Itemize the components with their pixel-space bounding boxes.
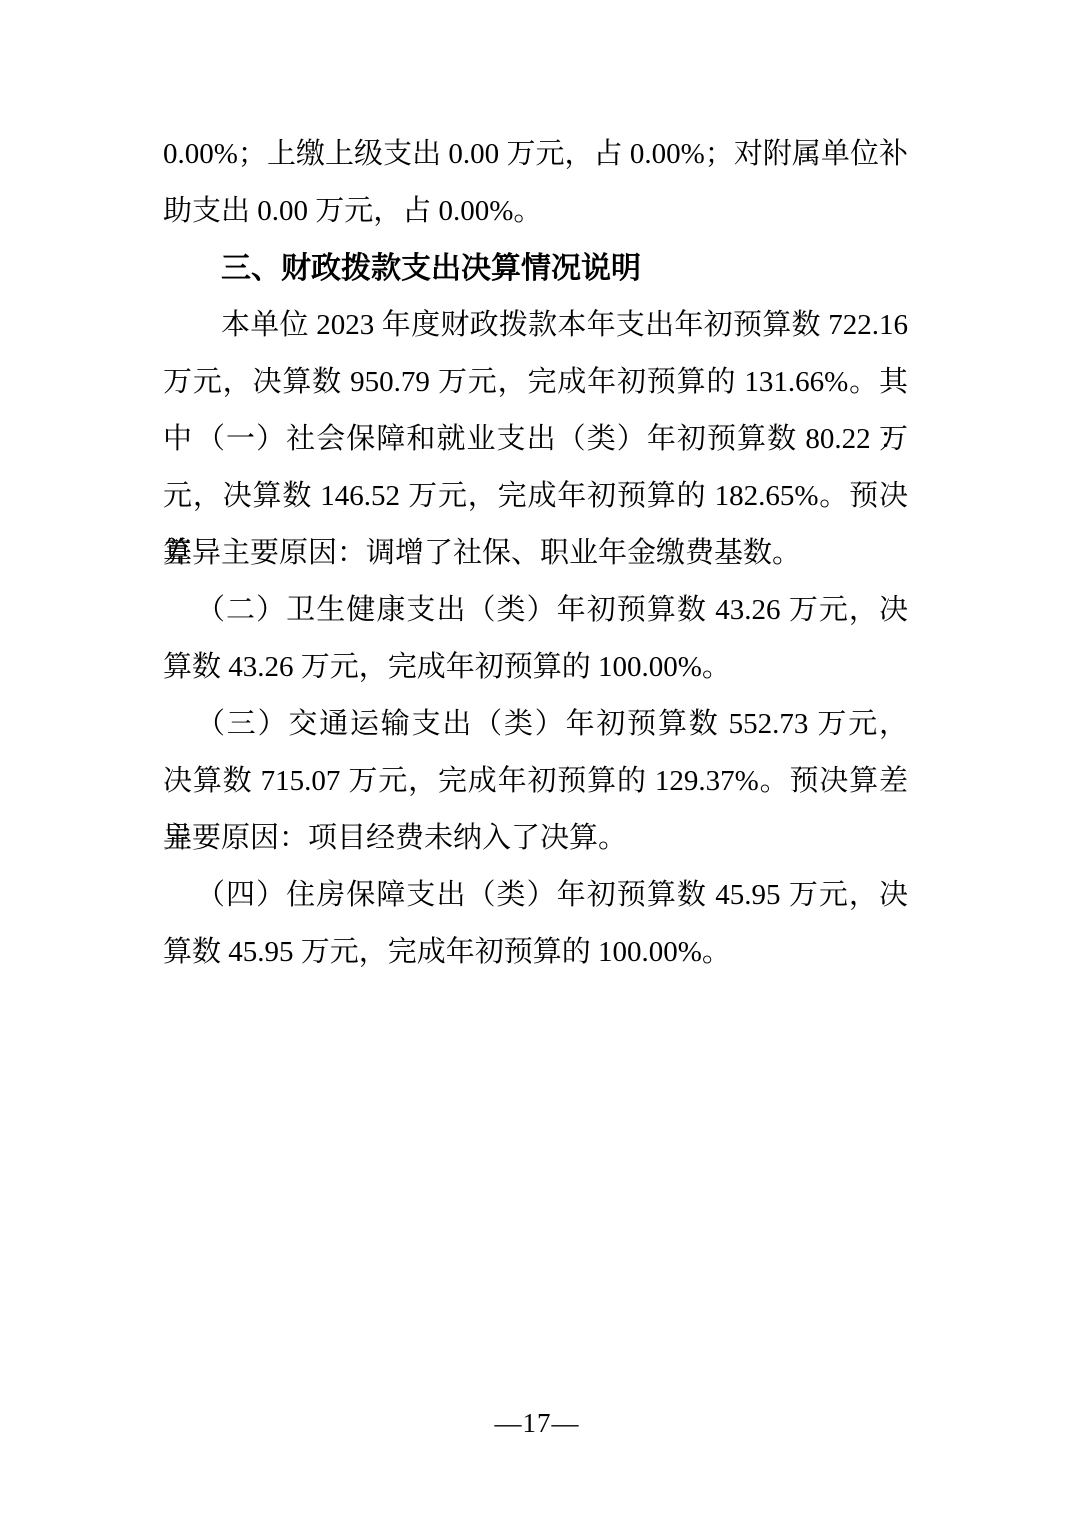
page-footer: —17— — [0, 1403, 1074, 1443]
body-line: 助支出 0.00 万元，占 0.00%。 — [163, 183, 908, 240]
body-line: 算数 43.26 万元，完成年初预算的 100.00%。 — [163, 639, 908, 696]
section-heading: 三、财政拨款支出决算情况说明 — [163, 240, 908, 297]
body-line: 算数 45.95 万元，完成年初预算的 100.00%。 — [163, 924, 908, 981]
body-line: （二）卫生健康支出（类）年初预算数 43.26 万元，决 — [163, 582, 908, 639]
body-line: 主要原因：项目经费未纳入了决算。 — [163, 810, 908, 867]
document-page: 0.00%；上缴上级支出 0.00 万元，占 0.00%；对附属单位补 助支出 … — [0, 0, 1074, 1520]
body-line: 元，决算数 146.52 万元，完成年初预算的 182.65%。预决算 — [163, 468, 908, 525]
page-number: —17— — [495, 1408, 580, 1438]
body-line: 差异主要原因：调增了社保、职业年金缴费基数。 — [163, 525, 908, 582]
body-line: （一）社会保障和就业支出（类）年初预算数 80.22 万 — [163, 411, 908, 468]
body-line: （四）住房保障支出（类）年初预算数 45.95 万元，决 — [163, 867, 908, 924]
body-line: 0.00%；上缴上级支出 0.00 万元，占 0.00%；对附属单位补 — [163, 126, 908, 183]
body-line: 本单位 2023 年度财政拨款本年支出年初预算数 722.16 — [163, 297, 908, 354]
page-body-text: 0.00%；上缴上级支出 0.00 万元，占 0.00%；对附属单位补 助支出 … — [163, 126, 908, 981]
body-line: （三）交通运输支出（类）年初预算数 552.73 万元， — [163, 696, 908, 753]
body-line: 万元，决算数 950.79 万元，完成年初预算的 131.66%。其中： — [163, 354, 908, 411]
body-line: 决算数 715.07 万元，完成年初预算的 129.37%。预决算差异 — [163, 753, 908, 810]
